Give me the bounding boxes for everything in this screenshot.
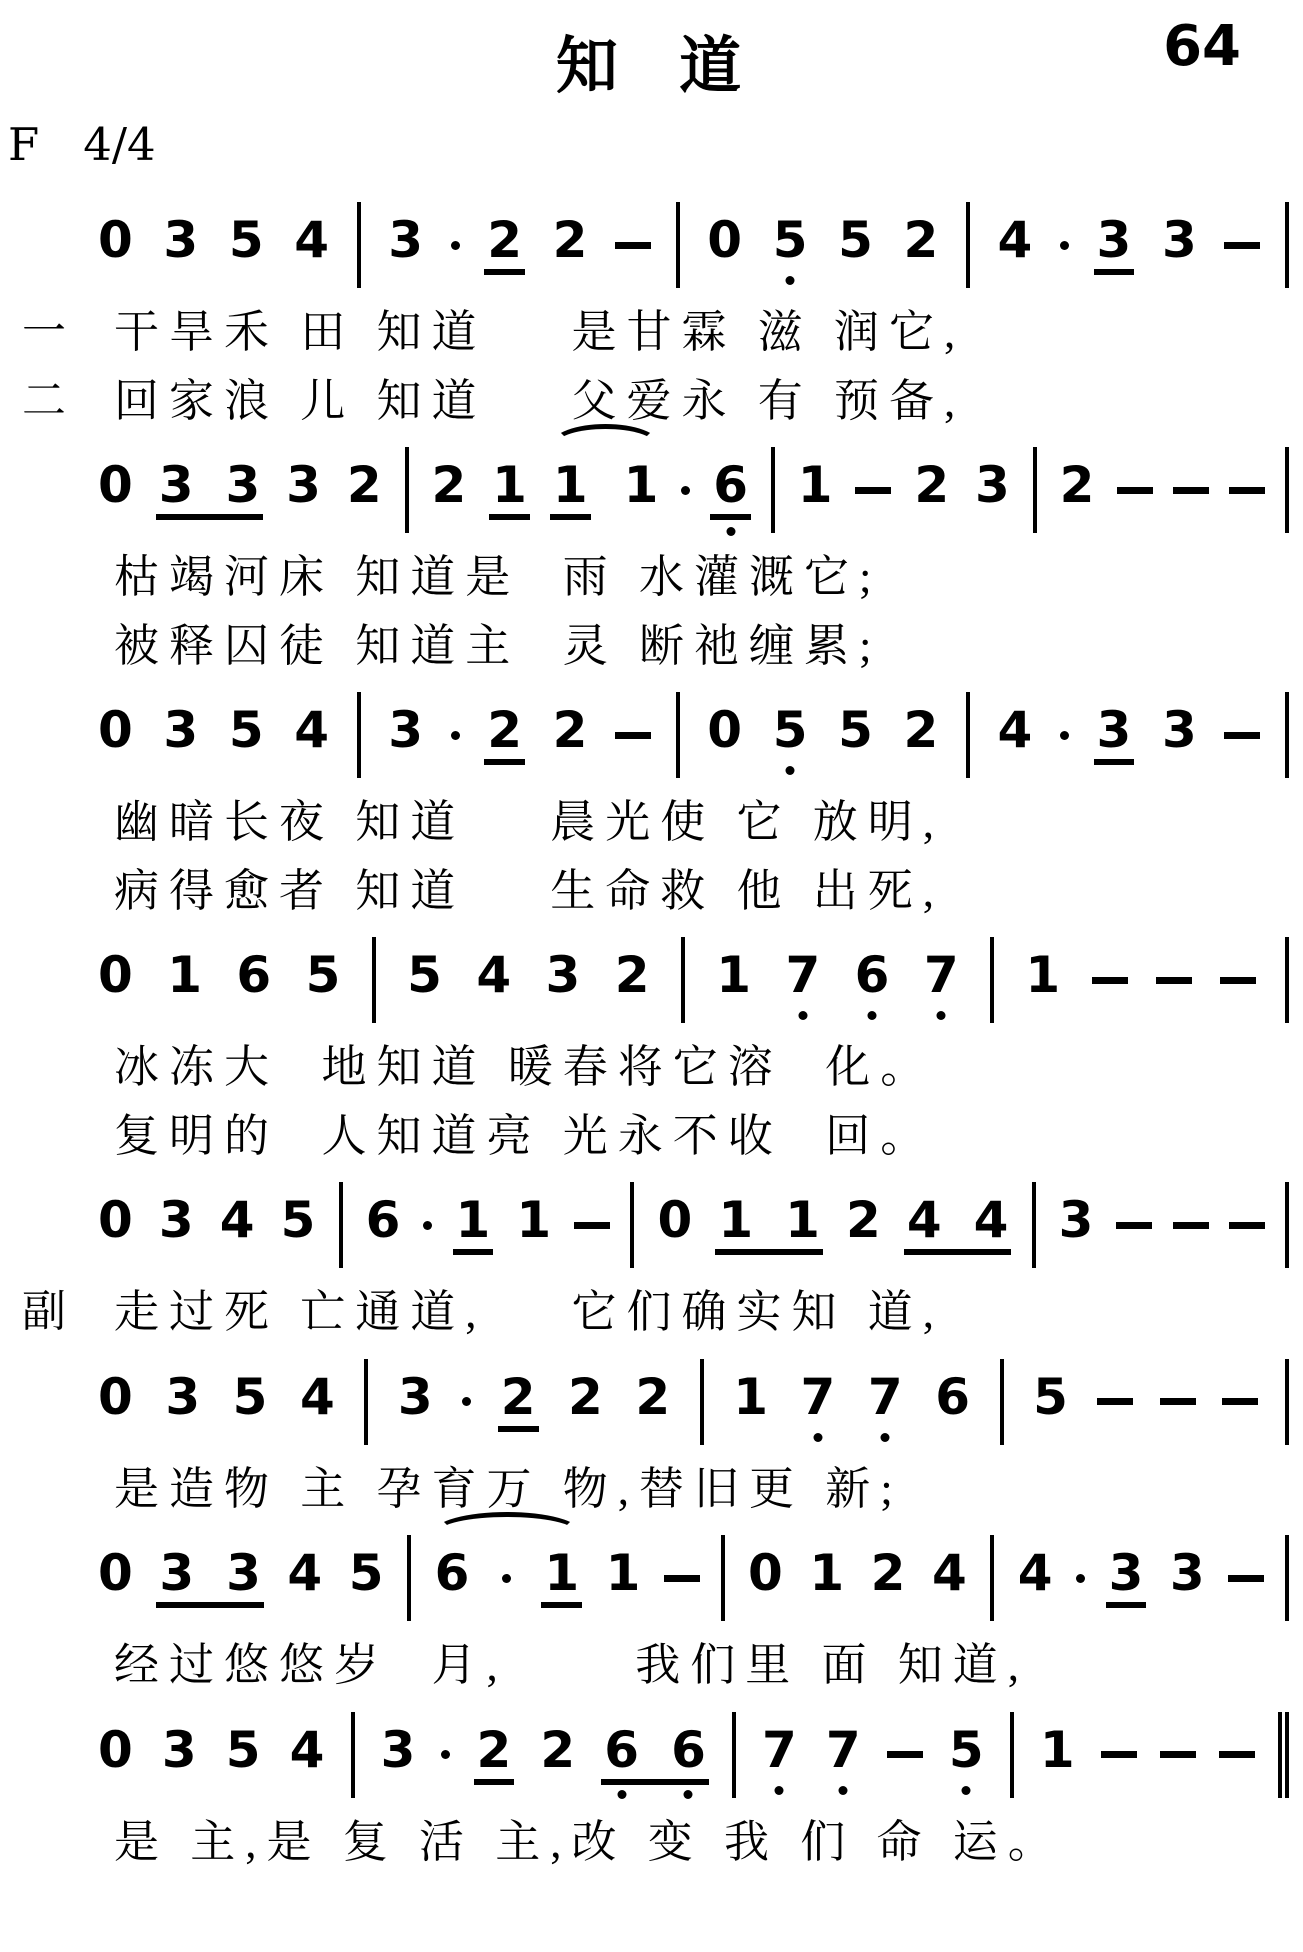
octave-dot-below [786,276,795,285]
lyric-text: 是 主,是 复 活 主,改 变 我 们 命 运。 [114,1813,1063,1872]
barline [1285,692,1289,778]
note: 6 [710,460,751,520]
notation-line: 0354322217765 [95,1352,1289,1452]
note: 6 [432,1548,473,1608]
note: 1 [795,460,836,520]
barline [407,1535,411,1621]
note: 5 [835,215,876,275]
note: 2 [911,460,952,520]
note-digit: 2 [904,211,939,269]
note-digit: 4 [932,1544,967,1602]
note: 2 [550,705,591,765]
barline [771,447,775,533]
barline [1285,447,1289,533]
barline [990,937,994,1023]
note-digit: 4 [998,701,1033,759]
note: 4 [284,1548,325,1608]
note: 6 [668,1725,709,1775]
note-digit: 0 [98,456,133,514]
note: 1 [550,460,591,520]
note-digit: 6 [604,1721,639,1779]
note-digit: 5 [306,946,341,1004]
note: 7 [865,1372,906,1432]
note: 3 [223,1548,264,1598]
barline [1285,1535,1289,1621]
lyric-line: 复明的 人知道亮 光永不收 回。 [0,1107,1303,1166]
note-digit: 5 [1033,1368,1068,1426]
lyric-text: 被释囚徒 知道主 灵 断祂缠累; [114,617,882,676]
continuation-dash [664,1575,700,1582]
continuation-dash [1117,487,1153,494]
note: 3 [972,460,1013,520]
note-digit: 2 [487,701,522,759]
note: 2 [565,1372,606,1432]
note: 3 [156,1548,197,1598]
barline [1285,1182,1289,1268]
note-digit: 1 [785,1191,820,1249]
notation-line: 033456110124433 [95,1528,1289,1628]
note-digit: 5 [226,1721,261,1779]
note-digit: 4 [907,1191,942,1249]
note: 0 [704,215,745,275]
slur-group: 61 [432,1548,583,1608]
beam-group: 33 [156,1548,264,1608]
note: 7 [759,1725,800,1785]
note: 3 [385,215,426,275]
octave-dot-below [813,1433,822,1442]
note: 4 [291,215,332,275]
note: 3 [222,460,263,510]
note-digit: 7 [924,946,959,1004]
key-time-row: F 4/4 [0,118,1303,171]
note: 0 [95,1372,136,1432]
note-digit: 0 [98,946,133,1004]
note: 3 [156,460,197,510]
note-digit: 5 [838,211,873,269]
note: 5 [278,1195,319,1255]
note: 1 [1037,1725,1078,1785]
note: 0 [95,215,136,275]
note-digit: 2 [477,1721,512,1779]
lyric-text: 枯竭河床 知道是 雨 水灌溉它; [114,548,882,607]
note-digit: 3 [1162,211,1197,269]
note-digit: 6 [855,946,890,1004]
barline [1033,447,1037,533]
note: 3 [543,950,584,1010]
octave-dot-below [881,1433,890,1442]
verse-marker: 一 [22,303,114,360]
note-digit: 1 [544,1544,579,1602]
note: 6 [601,1725,642,1775]
continuation-dash [1222,1398,1258,1405]
note: 4 [217,1195,258,1255]
note-digit: 4 [300,1368,335,1426]
note-digit: 7 [785,946,820,1004]
octave-dot-below [798,1011,807,1020]
note-digit: 4 [220,1191,255,1249]
lyric-text: 回家浪 儿 知道 父爱永 有 预备, [114,372,965,431]
barline [1010,1712,1014,1798]
page-number: 64 [1163,14,1241,79]
continuation-dash [1219,1751,1255,1758]
note: 5 [303,950,344,1010]
note-digit: 3 [163,211,198,269]
note: 2 [843,1195,884,1255]
beam-group: 11 [715,1195,823,1255]
note: 0 [704,705,745,765]
note-digit: 4 [476,946,511,1004]
barline [1285,202,1289,288]
augmentation-dot [451,241,460,250]
note-digit: 5 [229,701,264,759]
note: 2 [498,1372,539,1432]
note: 6 [932,1372,973,1432]
note: 6 [233,950,274,1010]
note-digit: 2 [431,456,466,514]
note-digit: 0 [98,1191,133,1249]
note-digit: 4 [294,211,329,269]
barline [630,1182,634,1268]
note-digit: 5 [773,211,808,269]
note-digit: 5 [229,211,264,269]
barline [1285,1359,1289,1445]
lyric-line: 病得愈者 知道 生命救 他 出死, [0,862,1303,921]
beam-group: 44 [904,1195,1012,1255]
lyric-line: 冰冻大 地知道 暖春将它溶 化。 [0,1038,1303,1097]
note-digit: 0 [707,701,742,759]
note-digit: 0 [98,701,133,759]
barline [700,1359,704,1445]
note-digit: 3 [159,1544,194,1602]
barline [1000,1359,1004,1445]
note-digit: 0 [98,1368,133,1426]
note: 2 [474,1725,515,1785]
note: 2 [1057,460,1098,520]
note-digit: 2 [846,1191,881,1249]
augmentation-dot [441,1750,450,1759]
note-digit: 2 [635,1368,670,1426]
note-digit: 7 [868,1368,903,1426]
note-digit: 2 [871,1544,906,1602]
octave-dot-below [775,1786,784,1795]
note: 3 [1106,1548,1147,1608]
note-digit: 3 [388,701,423,759]
note: 5 [223,1725,264,1785]
barline [676,692,680,778]
note: 1 [713,950,754,1010]
augmentation-dot [1076,1574,1085,1583]
note-digit: 1 [716,946,751,1004]
page-title: 知 道 [0,16,1303,105]
note: 3 [160,705,201,765]
augmentation-dot [462,1397,471,1406]
note-digit: 3 [225,456,260,514]
barline [990,1535,994,1621]
system: 03456110112443副走过死 亡通道, 它们确实知 道, [0,1175,1303,1342]
continuation-dash [1101,1751,1137,1758]
octave-dot-below [726,527,735,536]
note: 1 [541,1548,582,1608]
note: 4 [995,705,1036,765]
note: 7 [782,950,823,1010]
system: 03543220552433幽暗长夜 知道 晨光使 它 放明,病得愈者 知道 生… [0,685,1303,920]
lyric-text: 干旱禾 田 知道 是甘霖 滋 润它, [114,303,965,362]
note-digit: 3 [159,1191,194,1249]
note-digit: 4 [287,1544,322,1602]
lyric-line: 是 主,是 复 活 主,改 变 我 们 命 运。 [0,1813,1303,1872]
lyric-line: 二回家浪 儿 知道 父爱永 有 预备, [0,372,1303,431]
lyric-line: 幽暗长夜 知道 晨光使 它 放明, [0,793,1303,852]
augmentation-dot [451,731,460,740]
beam-group: 66 [601,1725,709,1785]
continuation-dash [1228,1575,1264,1582]
slur-group: 11 [550,460,662,520]
barline [405,447,409,533]
note: 1 [621,460,662,520]
lyric-line: 副走过死 亡通道, 它们确实知 道, [0,1283,1303,1342]
notation-line: 0165543217671 [95,930,1289,1030]
system: 03332211161232枯竭河床 知道是 雨 水灌溉它;被释囚徒 知道主 灵… [0,440,1303,675]
lyric-text: 病得愈者 知道 生命救 他 出死, [114,862,944,921]
note: 1 [164,950,205,1010]
note-digit: 5 [281,1191,316,1249]
note-digit: 2 [540,1721,575,1779]
note: 2 [632,1372,673,1432]
note: 2 [901,705,942,765]
continuation-dash [1173,487,1209,494]
octave-dot-below [868,1011,877,1020]
note: 1 [806,1548,847,1608]
note-digit: 5 [773,701,808,759]
note-digit: 3 [286,456,321,514]
note: 3 [162,1372,203,1432]
lyric-text: 经过悠悠岁 月, 我们里 面 知道, [114,1636,1029,1695]
octave-dot-below [937,1011,946,1020]
note-digit: 2 [615,946,650,1004]
note: 3 [159,1725,200,1785]
note: 6 [363,1195,404,1255]
note-digit: 1 [718,1191,753,1249]
note-digit: 0 [98,1721,133,1779]
note-digit: 3 [1097,211,1132,269]
note-digit: 2 [501,1368,536,1426]
system: 033456110124433经过悠悠岁 月, 我们里 面 知道, [0,1528,1303,1695]
note-digit: 1 [492,456,527,514]
continuation-dash [615,732,651,739]
note-digit: 5 [838,701,873,759]
note-digit: 0 [98,1544,133,1602]
note-digit: 1 [798,456,833,514]
note: 4 [1015,1548,1056,1608]
notation-line: 03456110112443 [95,1175,1289,1275]
continuation-dash [1229,1222,1265,1229]
note-digit: 3 [1097,701,1132,759]
note: 1 [603,1548,644,1608]
continuation-dash [887,1751,923,1758]
note-digit: 2 [1060,456,1095,514]
note-digit: 2 [347,456,382,514]
barline [364,1359,368,1445]
octave-dot-below [684,1790,693,1799]
note: 7 [921,950,962,1010]
note-digit: 7 [826,1721,861,1779]
header: 知 道 64 [0,0,1303,116]
barline [676,202,680,288]
note: 3 [385,705,426,765]
augmentation-dot [1060,241,1069,250]
note: 2 [550,215,591,275]
note-digit: 3 [226,1544,261,1602]
score: 03543220552433一干旱禾 田 知道 是甘霖 滋 润它,二回家浪 儿 … [0,195,1303,1871]
note-digit: 3 [163,701,198,759]
note: 1 [513,1195,554,1255]
continuation-dash [1224,732,1260,739]
note: 0 [95,460,136,520]
note-digit: 7 [762,1721,797,1779]
note: 3 [395,1372,436,1432]
continuation-dash [1173,1222,1209,1229]
note: 1 [715,1195,756,1245]
note: 5 [1030,1372,1071,1432]
note: 5 [770,705,811,765]
note: 5 [346,1548,387,1608]
note-digit: 1 [606,1544,641,1602]
note-digit: 1 [516,1191,551,1249]
note: 3 [1056,1195,1097,1255]
note-digit: 4 [998,211,1033,269]
augmentation-dot [502,1574,511,1583]
lyric-text: 是造物 主 孕育万 物,替旧更 新; [114,1460,903,1519]
note-digit: 1 [809,1544,844,1602]
note: 0 [95,1195,136,1255]
note-digit: 0 [748,1544,783,1602]
note: 3 [1094,215,1135,275]
continuation-dash [1097,1398,1133,1405]
note-digit: 3 [975,456,1010,514]
note-digit: 1 [1040,1721,1075,1779]
note-digit: 1 [733,1368,768,1426]
note-digit: 0 [98,211,133,269]
note-digit: 5 [233,1368,268,1426]
note: 2 [484,215,525,275]
verse-marker: 二 [22,372,114,429]
barline [721,1535,725,1621]
note-digit: 2 [914,456,949,514]
note-digit: 1 [167,946,202,1004]
note-digit: 2 [568,1368,603,1426]
note: 0 [745,1548,786,1608]
system: 0354322667751是 主,是 复 活 主,改 变 我 们 命 运。 [0,1705,1303,1872]
note: 5 [230,1372,271,1432]
note-digit: 5 [407,946,442,1004]
note: 1 [453,1195,494,1255]
notation-line: 03332211161232 [95,440,1289,540]
note-digit: 5 [349,1544,384,1602]
lyric-line: 经过悠悠岁 月, 我们里 面 知道, [0,1636,1303,1695]
note-digit: 3 [388,211,423,269]
augmentation-dot [423,1221,432,1230]
note-digit: 6 [435,1544,470,1602]
continuation-dash [1160,1751,1196,1758]
note: 4 [473,950,514,1010]
note: 1 [489,460,530,520]
barline [372,937,376,1023]
octave-dot-below [617,1790,626,1799]
continuation-dash [1160,1398,1196,1405]
note: 4 [297,1372,338,1432]
note: 3 [283,460,324,520]
note: 2 [428,460,469,520]
barline [966,692,970,778]
augmentation-dot [1060,731,1069,740]
note: 5 [226,215,267,275]
note-digit: 2 [904,701,939,759]
note: 3 [1159,705,1200,765]
system: 0354322217765是造物 主 孕育万 物,替旧更 新; [0,1352,1303,1519]
continuation-dash [1229,487,1265,494]
note: 0 [654,1195,695,1255]
note: 5 [226,705,267,765]
note-digit: 3 [1059,1191,1094,1249]
verse-marker: 副 [22,1283,114,1340]
continuation-dash [1220,977,1256,984]
note: 3 [1167,1548,1208,1608]
barline [681,937,685,1023]
notation-line: 03543220552433 [95,195,1289,295]
note-digit: 1 [1025,946,1060,1004]
note: 4 [995,215,1036,275]
barline [966,202,970,288]
note-digit: 3 [159,456,194,514]
note: 2 [901,215,942,275]
time-signature: 4/4 [83,118,155,171]
note: 3 [378,1725,419,1785]
lyric-line: 是造物 主 孕育万 物,替旧更 新; [0,1460,1303,1519]
note: 2 [612,950,653,1010]
note-digit: 4 [974,1191,1009,1249]
note: 3 [160,215,201,275]
note: 2 [537,1725,578,1785]
note-digit: 2 [553,211,588,269]
note-digit: 1 [624,456,659,514]
note-digit: 3 [1109,1544,1144,1602]
note-digit: 6 [671,1721,706,1779]
system: 0165543217671冰冻大 地知道 暖春将它溶 化。复明的 人知道亮 光永… [0,930,1303,1165]
notation-line: 03543220552433 [95,685,1289,785]
barline [357,692,361,778]
barline [351,1712,355,1798]
note-digit: 2 [553,701,588,759]
barline [1032,1182,1036,1268]
note: 1 [782,1195,823,1245]
lyric-line: 被释囚徒 知道主 灵 断祂缠累; [0,617,1303,676]
note-digit: 6 [713,456,748,514]
note-digit: 1 [456,1191,491,1249]
note-digit: 4 [1018,1544,1053,1602]
notation-line: 0354322667751 [95,1705,1289,1805]
continuation-dash [855,487,891,494]
note-digit: 3 [165,1368,200,1426]
continuation-dash [574,1222,610,1229]
note: 5 [835,705,876,765]
note-digit: 0 [657,1191,692,1249]
note-digit: 6 [935,1368,970,1426]
note: 0 [95,1548,136,1608]
note-digit: 3 [1162,701,1197,759]
barline [357,202,361,288]
continuation-dash [1156,977,1192,984]
note-digit: 3 [1170,1544,1205,1602]
